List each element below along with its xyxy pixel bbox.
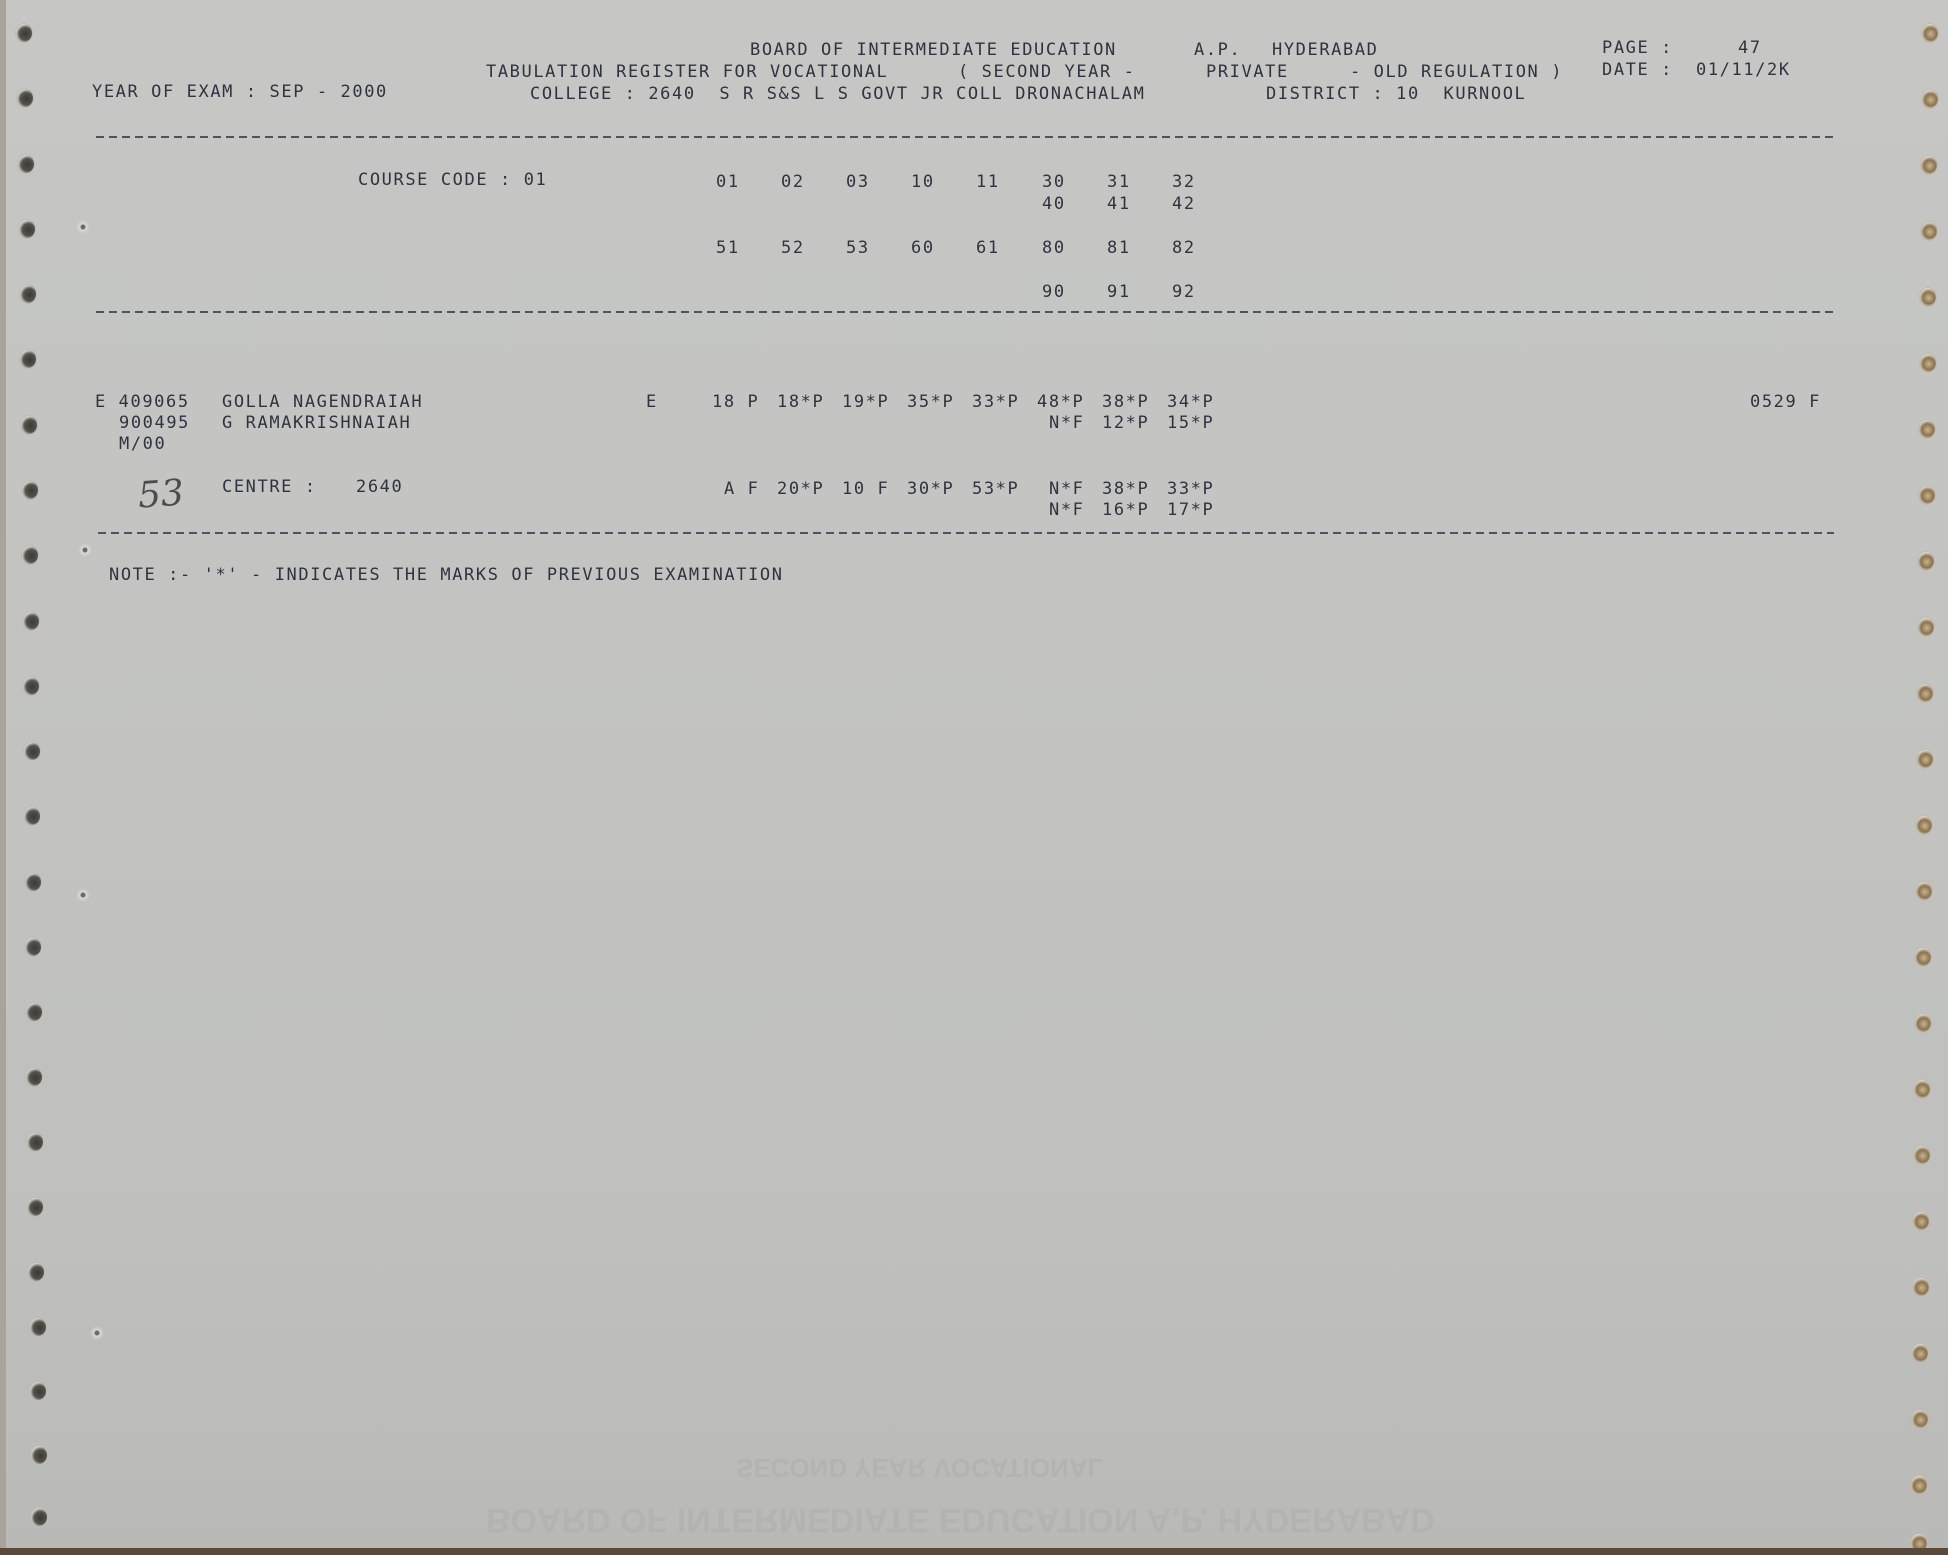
tractor-hole-icon xyxy=(19,220,35,238)
subject-code: 80 xyxy=(1042,238,1066,258)
tractor-hole-icon xyxy=(1914,1080,1930,1098)
footnote: NOTE :- '*' - INDICATES THE MARKS OF PRE… xyxy=(109,565,784,585)
tabulation-register-sheet: BOARD OF INTERMEDIATE EDUCATION A.P. HYD… xyxy=(6,0,1948,1548)
tractor-hole-icon xyxy=(24,807,40,825)
date-value: 01/11/2K xyxy=(1696,60,1791,80)
subject-code: 42 xyxy=(1172,194,1196,214)
medium: E xyxy=(646,392,658,412)
tractor-hole-icon xyxy=(23,612,39,630)
tractor-hole-icon xyxy=(23,677,39,695)
tractor-hole-icon xyxy=(1915,1014,1931,1032)
bleed-through-text: BOARD OF INTERMEDIATE EDUCATION A.P. HYD… xyxy=(486,1500,1435,1539)
subject-mark: 30*P xyxy=(907,479,954,499)
subject-code: 03 xyxy=(846,172,870,192)
tractor-hole-icon xyxy=(1917,750,1933,768)
centre-code: 2640 xyxy=(356,477,403,497)
tractor-hole-icon xyxy=(1920,288,1936,306)
tractor-hole-icon xyxy=(1921,156,1937,174)
subject-code: 53 xyxy=(846,238,870,258)
tractor-hole-icon xyxy=(27,1198,43,1216)
year-of-exam: YEAR OF EXAM : SEP - 2000 xyxy=(92,82,388,102)
divider-line xyxy=(96,136,1834,138)
subject-mark: 15*P xyxy=(1167,413,1214,433)
tractor-hole-icon xyxy=(20,350,36,368)
tractor-hole-icon xyxy=(22,546,38,564)
centre-label: CENTRE : xyxy=(222,477,317,497)
tractor-hole-icon xyxy=(16,24,32,42)
regulation: - OLD REGULATION ) xyxy=(1350,62,1563,82)
gender-code: M/00 xyxy=(119,434,166,454)
subject-mark: 33*P xyxy=(972,392,1019,412)
college-info: COLLEGE : 2640 S R S&S L S GOVT JR COLL … xyxy=(530,84,1145,104)
tractor-hole-icon xyxy=(1918,618,1934,636)
subject-mark: 19*P xyxy=(842,392,889,412)
subject-mark: N*F xyxy=(1049,413,1085,433)
subject-code: 01 xyxy=(716,172,740,192)
tractor-hole-icon xyxy=(1911,1476,1927,1494)
subject-mark: A F xyxy=(724,479,760,499)
subject-mark: 35*P xyxy=(907,392,954,412)
subject-mark: 33*P xyxy=(1167,479,1214,499)
tractor-hole-icon xyxy=(17,89,33,107)
subject-code: 61 xyxy=(976,238,1000,258)
tractor-hole-icon xyxy=(31,1446,47,1464)
tractor-hole-icon xyxy=(27,1133,43,1151)
hall-ticket-number: E 409065 xyxy=(95,392,190,412)
tractor-hole-icon xyxy=(1922,24,1938,42)
tractor-hole-icon xyxy=(30,1318,46,1336)
divider-line xyxy=(96,311,1834,313)
tractor-hole-icon xyxy=(1918,552,1934,570)
tractor-hole-icon xyxy=(1922,90,1938,108)
divider-line xyxy=(98,532,1834,534)
tractor-hole-icon xyxy=(26,1068,42,1086)
subject-mark: 20*P xyxy=(777,479,824,499)
subject-mark: 38*P xyxy=(1102,479,1149,499)
board-state: A.P. xyxy=(1194,40,1241,60)
staple-hole-icon xyxy=(78,543,92,557)
tractor-hole-icon xyxy=(1916,882,1932,900)
subject-code: 41 xyxy=(1107,194,1131,214)
subject-code: 60 xyxy=(911,238,935,258)
subject-code: 82 xyxy=(1172,238,1196,258)
page-bottom-edge xyxy=(0,1548,1948,1555)
subject-code: 30 xyxy=(1042,172,1066,192)
tractor-hole-icon xyxy=(1921,222,1937,240)
register-title: TABULATION REGISTER FOR VOCATIONAL xyxy=(486,62,888,82)
tractor-hole-icon xyxy=(28,1263,44,1281)
tractor-hole-icon xyxy=(31,1508,47,1526)
subject-code: 32 xyxy=(1172,172,1196,192)
date-label: DATE : xyxy=(1602,60,1673,80)
subject-code: 91 xyxy=(1107,282,1131,302)
year-indicator: ( SECOND YEAR - xyxy=(958,62,1136,82)
tractor-hole-icon xyxy=(18,155,34,173)
tractor-hole-icon xyxy=(1915,948,1931,966)
subject-mark: 38*P xyxy=(1102,392,1149,412)
tractor-hole-icon xyxy=(1912,1410,1928,1428)
tractor-hole-icon xyxy=(22,481,38,499)
tractor-hole-icon xyxy=(21,416,37,434)
subject-code: 31 xyxy=(1107,172,1131,192)
registration-number: 900495 xyxy=(119,413,190,433)
subject-mark: 53*P xyxy=(972,479,1019,499)
staple-hole-icon xyxy=(90,1326,104,1340)
course-code-label: COURSE CODE : 01 xyxy=(358,170,547,190)
subject-mark: N*F xyxy=(1049,479,1085,499)
subject-mark: 18 P xyxy=(712,392,759,412)
tractor-hole-icon xyxy=(1919,486,1935,504)
page-number: 47 xyxy=(1738,38,1762,58)
tractor-hole-icon xyxy=(25,873,41,891)
subject-mark: 12*P xyxy=(1102,413,1149,433)
tractor-hole-icon xyxy=(1913,1212,1929,1230)
tractor-hole-icon xyxy=(1912,1344,1928,1362)
father-name: G RAMAKRISHNAIAH xyxy=(222,413,411,433)
tractor-hole-icon xyxy=(30,1382,46,1400)
subject-mark: 17*P xyxy=(1167,500,1214,520)
subject-mark: 48*P xyxy=(1037,392,1084,412)
subject-code: 02 xyxy=(781,172,805,192)
staple-hole-icon xyxy=(76,220,90,234)
staple-hole-icon xyxy=(76,888,90,902)
tractor-hole-icon xyxy=(1911,1534,1927,1548)
subject-mark: N*F xyxy=(1049,500,1085,520)
subject-code: 81 xyxy=(1107,238,1131,258)
tractor-hole-icon xyxy=(26,1003,42,1021)
handwritten-annotation: 53 xyxy=(137,472,186,516)
subject-mark: 16*P xyxy=(1102,500,1149,520)
subject-code: 40 xyxy=(1042,194,1066,214)
tractor-hole-icon xyxy=(1920,354,1936,372)
subject-code: 51 xyxy=(716,238,740,258)
tractor-hole-icon xyxy=(1916,816,1932,834)
district-info: DISTRICT : 10 KURNOOL xyxy=(1266,84,1526,104)
board-name: BOARD OF INTERMEDIATE EDUCATION xyxy=(750,40,1117,60)
page-label: PAGE : xyxy=(1602,38,1673,58)
tractor-hole-icon xyxy=(24,742,40,760)
subject-mark: 10 F xyxy=(842,479,889,499)
subject-code: 92 xyxy=(1172,282,1196,302)
subject-mark: 18*P xyxy=(777,392,824,412)
total-result: 0529 F xyxy=(1750,392,1821,412)
candidate-category: PRIVATE xyxy=(1206,62,1289,82)
subject-code: 11 xyxy=(976,172,1000,192)
tractor-hole-icon xyxy=(20,285,36,303)
bleed-through-text: SECOND YEAR VOCATIONAL xyxy=(736,1452,1103,1483)
tractor-hole-icon xyxy=(1919,420,1935,438)
tractor-hole-icon xyxy=(25,938,41,956)
subject-code: 90 xyxy=(1042,282,1066,302)
subject-code: 52 xyxy=(781,238,805,258)
tractor-hole-icon xyxy=(1914,1146,1930,1164)
subject-mark: 34*P xyxy=(1167,392,1214,412)
tractor-hole-icon xyxy=(1913,1278,1929,1296)
subject-code: 10 xyxy=(911,172,935,192)
student-name: GOLLA NAGENDRAIAH xyxy=(222,392,423,412)
board-city: HYDERABAD xyxy=(1272,40,1379,60)
tractor-hole-icon xyxy=(1917,684,1933,702)
